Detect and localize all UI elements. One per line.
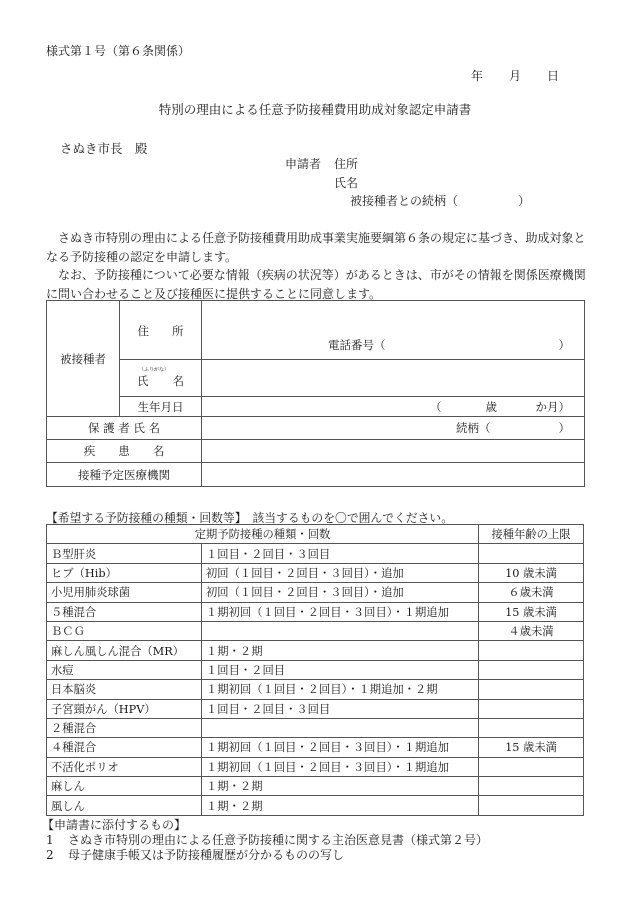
vaccine-name[interactable]: Ｂ型肝炎 xyxy=(47,544,202,563)
vaccine-age-limit xyxy=(479,641,584,660)
vaccine-doses[interactable]: １回目・２回目・３回目 xyxy=(202,544,479,563)
consent-paragraph-2: なお、予防接種について必要な情報（疾病の状況等）があるときは、市がその情報を関係… xyxy=(46,266,586,303)
vaccine-age-limit: ６歳未満 xyxy=(479,583,584,602)
vaccine-name[interactable]: 水痘 xyxy=(47,660,202,679)
date-month[interactable]: 月 xyxy=(509,67,521,84)
vaccine-doses[interactable]: １回目・２回目 xyxy=(202,660,479,679)
vaccine-doses[interactable]: １期・２期 xyxy=(202,777,479,796)
vaccine-row[interactable]: ４種混合 １期初回（１回目・２回目・３回目）・１期追加 15 歳未満 xyxy=(47,738,584,757)
date-field: 年月日 xyxy=(471,67,559,84)
applicant-label: 申請者 xyxy=(285,155,321,172)
vaccine-doses[interactable]: １期・２期 xyxy=(202,796,479,815)
vaccine-doses[interactable]: １期初回（１回目・２回目・３回目）・１期追加 xyxy=(202,738,479,757)
vaccine-doses[interactable]: 初回（１回目・２回目・３回目）・追加 xyxy=(202,583,479,602)
vaccine-row[interactable]: 麻しん風しん混合（MR） １期・２期 xyxy=(47,641,584,660)
vaccine-doses[interactable] xyxy=(202,621,479,640)
vaccine-age-limit xyxy=(479,757,584,776)
applicant-name-field[interactable]: 氏名 xyxy=(334,174,358,191)
vaccine-age-limit xyxy=(479,777,584,796)
date-day[interactable]: 日 xyxy=(547,67,559,84)
applicant-relation-field[interactable]: 被接種者との続柄（ ） xyxy=(350,192,530,209)
vaccine-name[interactable]: 小児用肺炎球菌 xyxy=(47,583,202,602)
column-header-age-limit: 接種年齢の上限 xyxy=(479,525,584,544)
vaccine-age-limit: 15 歳未満 xyxy=(479,738,584,757)
age-years-label: 歳 xyxy=(486,399,498,415)
vaccine-name[interactable]: ５種混合 xyxy=(47,602,202,621)
vaccine-row[interactable]: 日本脳炎 １期初回（１回目・２回目）・１期追加・２期 xyxy=(47,680,584,699)
vaccine-row[interactable]: ＢＣＧ ４歳未満 xyxy=(47,621,584,640)
vaccine-doses[interactable]: 初回（１回目・２回目・３回目）・追加 xyxy=(202,563,479,582)
vaccine-doses[interactable]: １期・２期 xyxy=(202,641,479,660)
guardian-relation-label: 続柄（ xyxy=(456,420,491,436)
vaccine-row[interactable]: ２種混合 xyxy=(47,718,584,737)
vaccine-doses[interactable]: １期初回（１回目・２回目・３回目）・１期追加 xyxy=(202,602,479,621)
vaccine-age-limit xyxy=(479,544,584,563)
vaccine-name[interactable]: 日本脳炎 xyxy=(47,680,202,699)
birthdate-label: 生年月日 xyxy=(120,397,202,417)
vaccine-name[interactable]: ４種混合 xyxy=(47,738,202,757)
vaccine-row[interactable]: 風しん １期・２期 xyxy=(47,796,584,815)
name-field[interactable] xyxy=(202,360,585,397)
vaccine-age-limit xyxy=(479,660,584,679)
vaccine-row[interactable]: ５種混合 １期初回（１回目・２回目・３回目）・１期追加 15 歳未満 xyxy=(47,602,584,621)
vaccine-age-limit: 15 歳未満 xyxy=(479,602,584,621)
vaccine-row[interactable]: ヒブ（Hib） 初回（１回目・２回目・３回目）・追加 10 歳未満 xyxy=(47,563,584,582)
vaccine-name[interactable]: 麻しん風しん混合（MR） xyxy=(47,641,202,660)
clinic-label: 接種予定医療機関 xyxy=(47,463,202,487)
vaccine-name[interactable]: ２種混合 xyxy=(47,718,202,737)
phone-close: ） xyxy=(559,337,571,353)
phone-label: 電話番号（ xyxy=(328,337,386,353)
disease-name-field[interactable] xyxy=(202,440,585,463)
age-months-label: か月） xyxy=(536,399,571,415)
name-label: （ふりがな） 氏 名 xyxy=(120,360,202,397)
applicant-address-field[interactable]: 住所 xyxy=(334,155,358,172)
vaccine-name[interactable]: ＢＣＧ xyxy=(47,621,202,640)
vaccine-name[interactable]: 不活化ポリオ xyxy=(47,757,202,776)
vaccine-row[interactable]: Ｂ型肝炎 １回目・２回目・３回目 xyxy=(47,544,584,563)
recipient-group-label: 被接種者 xyxy=(47,301,120,417)
vaccine-name[interactable]: 風しん xyxy=(47,796,202,815)
birthdate-field[interactable]: （ 歳 か月） xyxy=(202,397,585,417)
document-title: 特別の理由による任意予防接種費用助成対象認定申請書 xyxy=(0,100,630,118)
vaccine-age-limit xyxy=(479,718,584,737)
vaccine-row[interactable]: 不活化ポリオ １期初回（１回目・２回目・３回目）・１期追加 xyxy=(47,757,584,776)
vaccine-row[interactable]: 麻しん １期・２期 xyxy=(47,777,584,796)
vaccine-row[interactable]: 子宮頸がん（HPV） １回目・２回目・３回目 xyxy=(47,699,584,718)
addressee: さぬき市長 殿 xyxy=(60,139,148,157)
vaccine-doses[interactable]: １期初回（１回目・２回目）・１期追加・２期 xyxy=(202,680,479,699)
date-year[interactable]: 年 xyxy=(471,67,483,84)
vaccine-row[interactable]: 水痘 １回目・２回目 xyxy=(47,660,584,679)
form-number: 様式第１号（第６条関係） xyxy=(46,42,190,59)
vaccine-age-limit xyxy=(479,699,584,718)
vaccine-name[interactable]: ヒブ（Hib） xyxy=(47,563,202,582)
vaccine-name[interactable]: 麻しん xyxy=(47,777,202,796)
clinic-field[interactable] xyxy=(202,463,585,487)
guardian-name-label: 保 護 者 氏 名 xyxy=(47,417,202,440)
address-field[interactable]: 電話番号（ ） xyxy=(202,301,585,360)
recipient-info-table: 被接種者 住 所 電話番号（ ） （ふりがな） 氏 名 生年月日 （ 歳 か月） xyxy=(46,300,585,487)
vaccine-table: 定期予防接種の種類・回数 接種年齢の上限 Ｂ型肝炎 １回目・２回目・３回目 ヒブ… xyxy=(46,524,584,816)
vaccine-age-limit xyxy=(479,680,584,699)
attachment-item: 2母子健康手帳又は予防接種履歴が分かるものの写し xyxy=(46,846,344,863)
guardian-name-field[interactable]: 続柄（ ） xyxy=(202,417,585,440)
consent-paragraph-1: さぬき市特別の理由による任意予防接種費用助成事業実施要綱第６条の規定に基づき、助… xyxy=(46,229,586,266)
vaccine-age-limit: 10 歳未満 xyxy=(479,563,584,582)
vaccine-name[interactable]: 子宮頸がん（HPV） xyxy=(47,699,202,718)
furigana-note: （ふりがな） xyxy=(139,366,169,373)
vaccine-row[interactable]: 小児用肺炎球菌 初回（１回目・２回目・３回目）・追加 ６歳未満 xyxy=(47,583,584,602)
vaccine-age-limit: ４歳未満 xyxy=(479,621,584,640)
vaccine-doses[interactable]: １回目・２回目・３回目 xyxy=(202,699,479,718)
vaccine-age-limit xyxy=(479,796,584,815)
address-label: 住 所 xyxy=(120,301,202,360)
vaccine-doses[interactable]: １期初回（１回目・２回目・３回目）・１期追加 xyxy=(202,757,479,776)
disease-name-label: 疾 患 名 xyxy=(47,440,202,463)
column-header-type: 定期予防接種の種類・回数 xyxy=(47,525,479,544)
vaccine-doses[interactable] xyxy=(202,718,479,737)
